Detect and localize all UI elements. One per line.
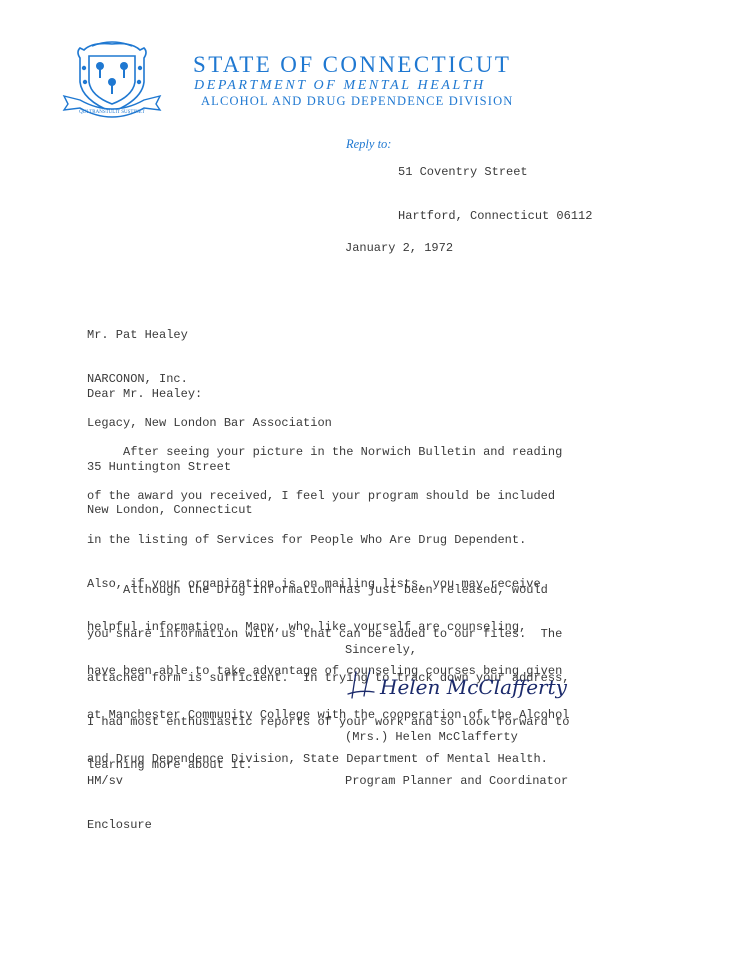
signer-title: Program Planner and Coordinator [345, 774, 568, 789]
signer-name: (Mrs.) Helen McClafferty [345, 730, 568, 745]
reply-to-line: 51 Coventry Street [398, 165, 592, 180]
letterhead-division: ALCOHOL AND DRUG DEPENDENCE DIVISION [201, 94, 513, 109]
letter-date: January 2, 1972 [345, 241, 453, 256]
closing: Sincerely, [345, 643, 417, 658]
reply-to-label: Reply to: [346, 137, 391, 152]
body-line: you share information with us that can b… [87, 627, 569, 642]
letterhead-state: STATE OF CONNECTICUT [193, 52, 511, 78]
salutation: Dear Mr. Healey: [87, 387, 202, 402]
recipient-line: Mr. Pat Healey [87, 328, 332, 343]
recipient-line: NARCONON, Inc. [87, 372, 332, 387]
body-line: Although the Drug Information has just b… [87, 583, 569, 598]
signer-block: (Mrs.) Helen McClafferty Program Planner… [345, 701, 568, 818]
body-line: of the award you received, I feel your p… [87, 489, 569, 504]
enclosure-note: Enclosure [87, 818, 152, 833]
reply-to-line: Hartford, Connecticut 06112 [398, 209, 592, 224]
reply-to-address: 51 Coventry Street Hartford, Connecticut… [398, 136, 592, 253]
connecticut-state-seal-icon: QUI TRANSTULIT SUSTINET [62, 38, 162, 120]
letter-page: QUI TRANSTULIT SUSTINET STATE OF CONNECT… [0, 0, 750, 974]
body-line: After seeing your picture in the Norwich… [87, 445, 569, 460]
svg-text:QUI TRANSTULIT SUSTINET: QUI TRANSTULIT SUSTINET [79, 110, 145, 115]
letterhead-department: DEPARTMENT OF MENTAL HEALTH [194, 78, 486, 94]
typist-initials: HM/sv [87, 774, 152, 789]
svg-text:Helen McClafferty: Helen McClafferty [379, 675, 568, 699]
body-line: in the listing of Services for People Wh… [87, 533, 569, 548]
reference-initials: HM/sv Enclosure [87, 745, 152, 862]
handwritten-signature: Helen McClafferty [340, 664, 600, 704]
